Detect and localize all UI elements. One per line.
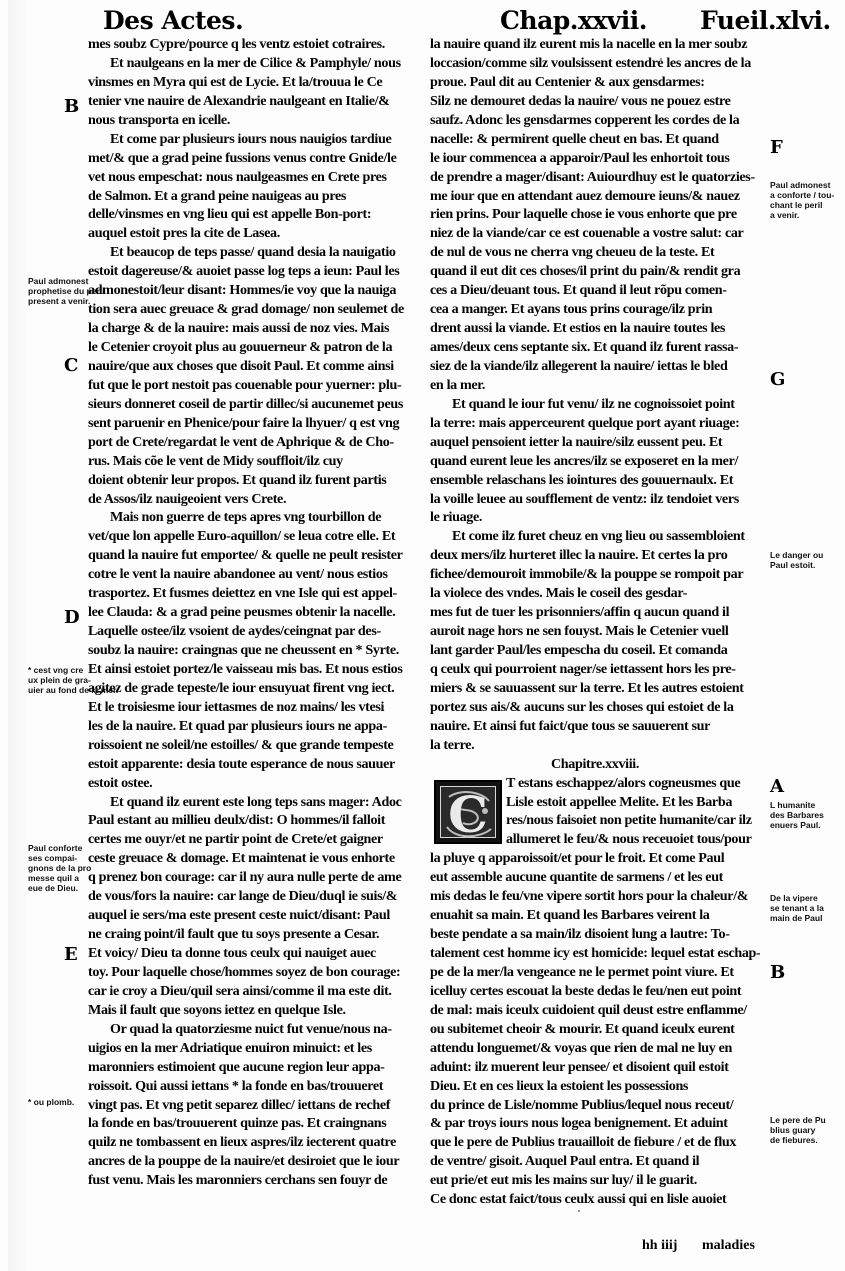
text-line: en la mer. <box>430 376 760 395</box>
text-line: niez de la viande/car ce est couenable a… <box>430 224 760 243</box>
text-line: Silz ne demouret dedas la nauire/ vous n… <box>430 92 760 111</box>
text-line: deux mers/ilz hurteret illec la nauire. … <box>430 546 760 565</box>
decorated-initial-c: C <box>434 780 502 844</box>
text-line: sieurs donneret coseil de partir dillec/… <box>88 395 423 414</box>
text-line: la violece des vndes. Mais le coseil des… <box>430 584 760 603</box>
text-line: fust venu. Mais les maronniers cerchans … <box>88 1171 423 1190</box>
margin-note: Paul admonestprophetise du perilpresent … <box>28 276 105 306</box>
text-line: saufz. Adonc les gensdarmes copperent le… <box>430 111 760 130</box>
text-line: que le pere de Publius trauailloit de fi… <box>430 1133 760 1152</box>
text-line: portez sus ais/& aucuns sur les choses q… <box>430 698 760 717</box>
text-line: sent paruenir en Phenice/pour faire la l… <box>88 414 423 433</box>
text-line: q ceulx qui pourroient nager/se iettasse… <box>430 660 760 679</box>
text-line: roissoit. Qui aussi iettans * la fonde e… <box>88 1077 423 1096</box>
text-line: la terre: mais apperceurent quelque port… <box>430 414 760 433</box>
text-line: eut prie/et eut mis les mains sur luy/ i… <box>430 1171 760 1190</box>
text-line: mes fut de tuer les prisonniers/affin q … <box>430 603 760 622</box>
text-line: Et quand ilz eurent este long teps sans … <box>88 793 423 812</box>
text-line: le iour commencea a apparoir/Paul les en… <box>430 149 760 168</box>
text-line: estoit ostee. <box>88 774 423 793</box>
chapter-title: Chapitre.xxviii. <box>430 755 760 774</box>
text-line: vet/que lon appelle Euro-aquillon/ se le… <box>88 527 423 546</box>
text-line: mes soubz Cypre/pource q les ventz estoi… <box>88 35 423 54</box>
margin-note: Le pere de Publius guaryde fiebures. <box>770 1115 826 1145</box>
text-line: port de Crete/regardat le vent de Aphriq… <box>88 433 423 452</box>
page-header: Des Actes. Chap.xxvii. Fueil.xlvi. <box>0 0 845 40</box>
text-line: de mal: mais iceulx cuidoient quil deust… <box>430 1001 760 1020</box>
text-line: la voille leuee au soufflement de ventz:… <box>430 490 760 509</box>
text-line: admonestoit/leur disant: Hommes/ie voy q… <box>88 281 423 300</box>
margin-note-line: de fiebures. <box>770 1135 826 1145</box>
catchword: maladies <box>702 1238 755 1254</box>
text-line: siez de la viande/ilz allegerent la naui… <box>430 357 760 376</box>
margin-note: Le danger ouPaul estoit. <box>770 550 823 570</box>
margin-note-line: a venir. <box>770 210 834 220</box>
text-line: le Cetenier croyoit plus au gouuerneur &… <box>88 338 423 357</box>
text-line: les de la nauire. Et quad par plusieurs … <box>88 717 423 736</box>
text-line: drent aussi la viande. Et estios en la n… <box>430 319 760 338</box>
text-line: q prenez bon courage: car il ny aura nul… <box>88 868 423 887</box>
text-line: vet nous empeschat: nous naulgeasmes en … <box>88 168 423 187</box>
text-line: la fonde en bas/trouuerent quinze pas. E… <box>88 1114 423 1133</box>
margin-note-line: chant le peril <box>770 200 834 210</box>
margin-note-line: enuers Paul. <box>770 820 824 830</box>
text-line: trasportez. Et fusmes deiettez en vne Is… <box>88 584 423 603</box>
text-line: quand il eut dit ces choses/il print du … <box>430 262 760 281</box>
text-line: ancres de la pouppe de la nauire/et desi… <box>88 1152 423 1171</box>
margin-note-line: De la vipere <box>770 893 824 903</box>
margin-note-line: se tenant a la <box>770 903 824 913</box>
text-line: Mais non guerre de teps apres vng tourbi… <box>88 508 423 527</box>
text-line: Et voicy/ Dieu ta donne tous ceulx qui n… <box>88 944 423 963</box>
right-text-column: la nauire quand ilz eurent mis la nacell… <box>430 35 760 1209</box>
text-line: la pluye q apparoissoit/et pour le froit… <box>430 849 760 868</box>
text-line: tenier vne nauire de Alexandrie naulgean… <box>88 92 423 111</box>
text-line: Paul estant au millieu deulx/dist: O hom… <box>88 811 423 830</box>
section-marker-letter: B <box>770 962 785 983</box>
running-title: Des Actes. <box>103 6 243 35</box>
margin-note-line: prophetise du peril <box>28 286 105 296</box>
text-line: ne craing point/il fault que tu soys pre… <box>88 925 423 944</box>
text-line: rien prins. Pour laquelle chose ie vous … <box>430 205 760 224</box>
text-line: Or quad la quatorziesme nuict fut venue/… <box>88 1020 423 1039</box>
text-line: attendu longuemet/& voyas que rien de ma… <box>430 1039 760 1058</box>
text-line: ou subitemet cheoir & mourir. Et quand i… <box>430 1020 760 1039</box>
text-line: lant garder Paul/les empescha du coseil.… <box>430 641 760 660</box>
text-line: Et come ilz furet cheuz en vng lieu ou s… <box>430 527 760 546</box>
text-line: la charge & de la nauire: mais aussi de … <box>88 319 423 338</box>
margin-note-line: Paul admonest <box>770 180 834 190</box>
margin-note-line: present a venir. <box>28 296 105 306</box>
text-line: Et come par plusieurs iours nous nauigio… <box>88 130 423 149</box>
text-line: proue. Paul dit au Centenier & aux gensd… <box>430 73 760 92</box>
text-line: aduint: ilz muerent leur pensee/ et diso… <box>430 1058 760 1077</box>
text-line: enuahit sa main. Et quand les Barbares v… <box>430 906 760 925</box>
margin-note-line: uier au fond de la mer. <box>28 685 118 695</box>
text-line: miers & se sauuassent sur la terre. Et l… <box>430 679 760 698</box>
book-page: Des Actes. Chap.xxvii. Fueil.xlvi. mes s… <box>0 0 845 1271</box>
ink-speck <box>660 58 662 60</box>
text-line: ames/deux cens septante six. Et quand il… <box>430 338 760 357</box>
text-line: la nauire quand ilz eurent mis la nacell… <box>430 35 760 54</box>
chapter-heading: Chap.xxvii. <box>500 6 647 35</box>
text-line: pe de la mer/la vengeance ne le permet p… <box>430 963 760 982</box>
margin-note-line: gnons de la pro <box>28 863 91 873</box>
text-line: toy. Pour laquelle chose/hommes soyez de… <box>88 963 423 982</box>
text-line: ceste greuace & domage. Et maintenat ie … <box>88 849 423 868</box>
margin-note-line: Paul estoit. <box>770 560 823 570</box>
text-line: car ie croy a Dieu/quil sera ainsi/comme… <box>88 982 423 1001</box>
text-line: soubz la nauire: craingnas que ne cheuss… <box>88 641 423 660</box>
margin-note: L humanitedes Barbaresenuers Paul. <box>770 800 824 830</box>
margin-note: * ou plomb. <box>28 1097 74 1107</box>
section-marker-letter: E <box>64 944 78 965</box>
text-line: lee Clauda: & a grad peine peusmes obten… <box>88 603 423 622</box>
text-line: de Assos/ilz nauigeoient vers Crete. <box>88 490 423 509</box>
text-line: loccasion/comme silz voulsissent estendr… <box>430 54 760 73</box>
text-line: nous transporta en icelle. <box>88 111 423 130</box>
margin-note-line: main de Paul <box>770 913 824 923</box>
text-line: beste pendate a sa main/ilz disoient lun… <box>430 925 760 944</box>
text-line: auquel estoit pres la cite de Lasea. <box>88 224 423 243</box>
text-line: Et beaucop de teps passe/ quand desia la… <box>88 243 423 262</box>
text-line: talement cest homme icy est homicide: le… <box>430 944 760 963</box>
text-line: estoit dagereuse/& auoiet passe log teps… <box>88 262 423 281</box>
text-line: fut que le port nestoit pas couenable po… <box>88 376 423 395</box>
text-line: Et quand le iour fut venu/ ilz ne cognoi… <box>430 395 760 414</box>
text-line: doient obtenir leur propos. Et quand ilz… <box>88 471 423 490</box>
folio-number: Fueil.xlvi. <box>700 6 831 35</box>
text-line: nauire. Et ainsi fut faict/que tous se s… <box>430 717 760 736</box>
text-line: roissoient ne soleil/ne estoilles/ & que… <box>88 736 423 755</box>
text-line: ensemble relaschans les iointures des go… <box>430 471 760 490</box>
signature-mark: hh iiij <box>642 1238 677 1254</box>
text-line: cotre le vent la nauire abandonee au ven… <box>88 565 423 584</box>
margin-note-line: blius guary <box>770 1125 826 1135</box>
margin-note-line: L humanite <box>770 800 824 810</box>
text-line: de nul de vous ne cherra vng cheueu de l… <box>430 243 760 262</box>
margin-note-line: messe quil a <box>28 873 91 883</box>
margin-note-line: Le pere de Pu <box>770 1115 826 1125</box>
margin-note: * cest vng creux plein de gra-uier au fo… <box>28 665 118 695</box>
section-marker-letter: D <box>64 607 80 628</box>
text-line: tion sera auec greuace & grad domage/ no… <box>88 300 423 319</box>
text-line: mis dedas le feu/vne vipere sortit hors … <box>430 887 760 906</box>
text-line: ces a Dieu/deuant tous. Et quand il leut… <box>430 281 760 300</box>
text-line: nacelle: & permirent quelle cheut en bas… <box>430 130 760 149</box>
margin-note-line: Paul admonest <box>28 276 105 286</box>
margin-note-line: a conforte / tou- <box>770 190 834 200</box>
text-line: du prince de Lisle/nomme Publius/lequel … <box>430 1096 760 1115</box>
left-text-column: mes soubz Cypre/pource q les ventz estoi… <box>88 35 423 1190</box>
text-line: Et le troisiesme iour iettasmes de noz m… <box>88 698 423 717</box>
text-line: me iour que en attendant auez demoure ie… <box>430 187 760 206</box>
margin-note: Paul admonesta conforte / tou-chant le p… <box>770 180 834 220</box>
text-line: le riuage. <box>430 508 760 527</box>
text-line: Mais il fault que soyons iettez en quelq… <box>88 1001 423 1020</box>
margin-note-line: ux plein de gra- <box>28 675 118 685</box>
initial-letter: C <box>441 787 495 837</box>
text-line: rus. Mais cõe le vent de Midy souffloit/… <box>88 452 423 471</box>
text-line: la terre. <box>430 736 760 755</box>
text-line: maronniers estimoient que aucune region … <box>88 1058 423 1077</box>
text-line: nauire/que aux choses que disoit Paul. E… <box>88 357 423 376</box>
text-line: auquel pensoient ietter la nauire/silz e… <box>430 433 760 452</box>
section-marker-letter: A <box>770 776 784 797</box>
text-line: Et naulgeans en la mer de Cilice & Pamph… <box>88 54 423 73</box>
margin-note-line: des Barbares <box>770 810 824 820</box>
text-line: Dieu. Et en ces lieux la estoient les po… <box>430 1077 760 1096</box>
ink-speck <box>578 1210 580 1212</box>
section-marker-letter: G <box>770 369 785 390</box>
text-line: Ce donc estat faict/tous ceulx aussi qui… <box>430 1190 760 1209</box>
text-line: vingt pas. Et vng petit separez dillec/ … <box>88 1096 423 1115</box>
text-line: cea a manger. Et ayans tous prins courag… <box>430 300 760 319</box>
text-line: auquel ie sers/ma este present ceste nui… <box>88 906 423 925</box>
text-line: Laquelle ostee/ilz vsoient de aydes/cein… <box>88 622 423 641</box>
text-line: estoit apparente: desia toute esperance … <box>88 755 423 774</box>
margin-note-line: eue de Dieu. <box>28 883 91 893</box>
text-line: quilz ne tombassent en lieux aspres/ilz … <box>88 1133 423 1152</box>
text-line: de vous/fors la nauire: car lange de Die… <box>88 887 423 906</box>
initial-frame: C <box>440 786 496 838</box>
text-line: delle/vinsmes en vng lieu qui est appell… <box>88 205 423 224</box>
section-marker-letter: F <box>770 137 783 158</box>
text-line: eut assemble aucune quantite de sarmens … <box>430 868 760 887</box>
text-line: met/& que a grad peine fussions venus co… <box>88 149 423 168</box>
margin-note-line: Paul conforte <box>28 843 91 853</box>
text-line: Et ainsi estoiet portez/le vaisseau mis … <box>88 660 423 679</box>
text-line: quand la nauire fut emportee/ & quelle n… <box>88 546 423 565</box>
text-line: certes me ouyr/et ne partir point de Cre… <box>88 830 423 849</box>
margin-note: Paul conforteses compai-gnons de la prom… <box>28 843 91 893</box>
margin-note-line: * ou plomb. <box>28 1097 74 1107</box>
margin-note-line: * cest vng cre <box>28 665 118 675</box>
text-line: de Salmon. Et a grand peine nauigeas au … <box>88 187 423 206</box>
text-line: quand eurent leue les ancres/ilz se expo… <box>430 452 760 471</box>
text-line: & par troys iours nous logea benignement… <box>430 1114 760 1133</box>
margin-note-line: ses compai- <box>28 853 91 863</box>
margin-note-line: Le danger ou <box>770 550 823 560</box>
margin-note: De la viperese tenant a lamain de Paul <box>770 893 824 923</box>
section-marker-letter: B <box>64 96 79 117</box>
text-line: agitez de grade tepeste/le iour ensuyuat… <box>88 679 423 698</box>
text-line: uigios en la mer Adriatique enuiron minu… <box>88 1039 423 1058</box>
text-line: vinsmes en Myra qui est de Lycie. Et la/… <box>88 73 423 92</box>
text-line: auroit nage hors ne sen fouyst. Mais le … <box>430 622 760 641</box>
section-marker-letter: C <box>64 355 78 376</box>
page-edge-shadow <box>8 0 26 1271</box>
text-line: de prendre a mager/disant: Auiourdhuy es… <box>430 168 760 187</box>
text-line: fichee/demouroit immobile/& la pouppe se… <box>430 565 760 584</box>
text-line: icelluy certes escouat la beste dedas le… <box>430 982 760 1001</box>
text-line: de ventre/ gisoit. Auquel Paul entra. Et… <box>430 1152 760 1171</box>
